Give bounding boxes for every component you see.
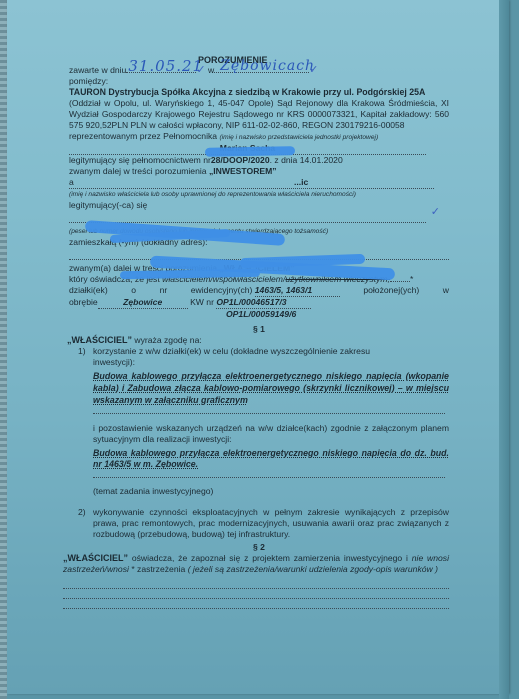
between-label: pomiędzy: [69, 76, 449, 87]
item1-text-a: korzystanie z w/w działki(ek) w celu (do… [93, 346, 449, 357]
owner-hint: (imię i nazwisko właściciela lub osoby u… [69, 189, 449, 200]
represented-row: reprezentowanym przez Pełnomocnika (imię… [69, 131, 449, 143]
item1-number: 1) [78, 346, 86, 357]
section1-item2: 2) wykonywanie czynności eksploatacyjnyc… [69, 507, 449, 540]
binder-edge [0, 0, 7, 699]
plot-label-2: o [131, 285, 136, 297]
owner-name-field[interactable]: a ...ic [69, 177, 434, 189]
plot-row: działki(ek) o nr ewidencyjny(ch) 1463/5,… [69, 285, 449, 297]
id-label: legitymujący(-ca) się [69, 200, 147, 210]
section2-text-a: oświadcza, że zapoznał się z projektem z… [132, 553, 408, 563]
item2-number: 2) [78, 507, 86, 518]
place-label: w [208, 65, 214, 75]
section1-owner-word: „WŁAŚCICIEL” [67, 335, 132, 345]
page-edge [499, 0, 509, 699]
owner-name-redacted: ...ic [294, 177, 308, 188]
place-field[interactable]: Zębowicach [214, 72, 309, 73]
declares-dots [390, 281, 410, 282]
item1-scope[interactable]: Budowa kablowego przyłącza elektroenerge… [93, 370, 449, 406]
represented-label: reprezentowanym przez Pełnomocnika [69, 131, 217, 141]
investor-row: zwanym dalej w treści porozumienia „INWE… [69, 166, 449, 177]
condition-line-3[interactable] [63, 599, 449, 609]
poa-date: . z dnia 14.01.2020 [270, 155, 343, 165]
investment-topic-dots [93, 475, 445, 478]
plot-label-3: nr [160, 285, 168, 297]
investor-value: „INWESTOREM” [209, 166, 277, 176]
company-details: (Oddział w Opolu, ul. Waryńskiego 1, 45-… [69, 98, 449, 131]
plot-label-4: ewidencyjny(ch) [191, 285, 253, 295]
company-name: TAURON Dystrybucja Spółka Akcyjna z sied… [69, 87, 449, 98]
precinct-label: obrębie [69, 297, 98, 307]
investor-label: zwanym dalej w treści porozumienia [69, 166, 207, 176]
investment-topic-hint: (temat zadania inwestycyjnego) [93, 486, 449, 497]
precinct-value[interactable]: Zębowice [98, 297, 188, 309]
plot-label-1: działki(ek) [69, 285, 108, 297]
condition-line-1[interactable] [63, 579, 449, 589]
section2-text-d: ( jeżeli są zastrzeżenia/warunki udziele… [188, 564, 438, 574]
poa-row: legitymujący się pełnomocnictwem nr28/DO… [69, 155, 449, 166]
kw-label: KW nr [190, 297, 214, 307]
agreement-content: POROZUMIENIE zawarte w dniu31.05.21✓ wZę… [69, 57, 449, 609]
section1-intro: „WŁAŚCICIEL” wyraża zgodę na: [67, 335, 449, 346]
section1-consent: wyraża zgodę na: [134, 335, 201, 345]
date-field[interactable]: 31.05.21 [126, 72, 196, 73]
section2-heading: § 2 [69, 542, 449, 553]
owner-prefix: a [69, 177, 74, 187]
investment-topic[interactable]: Budowa kablowego przyłącza elektroenerge… [93, 448, 449, 470]
section1-heading: § 1 [69, 324, 449, 335]
section2-text-c: * zastrzeżenia [131, 564, 185, 574]
item1-text-b: inwestycji): [93, 357, 449, 368]
id-row: legitymujący(-ca) się [69, 200, 449, 211]
located-in: w [443, 285, 449, 297]
kw-number-1[interactable]: OP1L/00046517/3 [216, 297, 311, 309]
item2-text: wykonywanie czynności eksploatacyjnych w… [93, 507, 449, 540]
check-mark-icon: ✓ [431, 207, 440, 218]
poa-label: legitymujący się pełnomocnictwem nr [69, 155, 211, 165]
represented-hint: (imię i nazwisko przedstawiciela jednost… [219, 134, 378, 141]
item1-scope-dots [93, 411, 445, 414]
date-place-row: zawarte w dniu31.05.21✓ wZębowicach✓ [69, 65, 449, 76]
date-value: 31.05.21 [128, 61, 203, 72]
id-field[interactable]: ✓ [69, 211, 426, 223]
redaction-mark [205, 146, 295, 157]
section2-text: „WŁAŚCICIEL” oświadcza, że zapoznał się … [63, 553, 449, 575]
place-value: Zębowicach [220, 61, 315, 72]
item1-leave-text: i pozostawienie wskazanych urządzeń na w… [93, 423, 449, 445]
precinct-row: obrębieZębowice KW nr OP1L/00046517/3 [69, 297, 449, 309]
plot-numbers[interactable]: 1463/5, 1463/1 [255, 285, 340, 297]
section1-item1: 1) korzystanie z w/w działki(ek) w celu … [69, 346, 449, 497]
kw-number-2: OP1L/00059149/6 [69, 309, 449, 320]
condition-line-2[interactable] [63, 589, 449, 599]
date-label: zawarte w dniu [69, 65, 126, 75]
section2-owner-word: „WŁAŚCICIEL” [63, 553, 128, 563]
conditions-lines[interactable] [63, 579, 449, 609]
located-label: położonej(ych) [363, 285, 419, 297]
